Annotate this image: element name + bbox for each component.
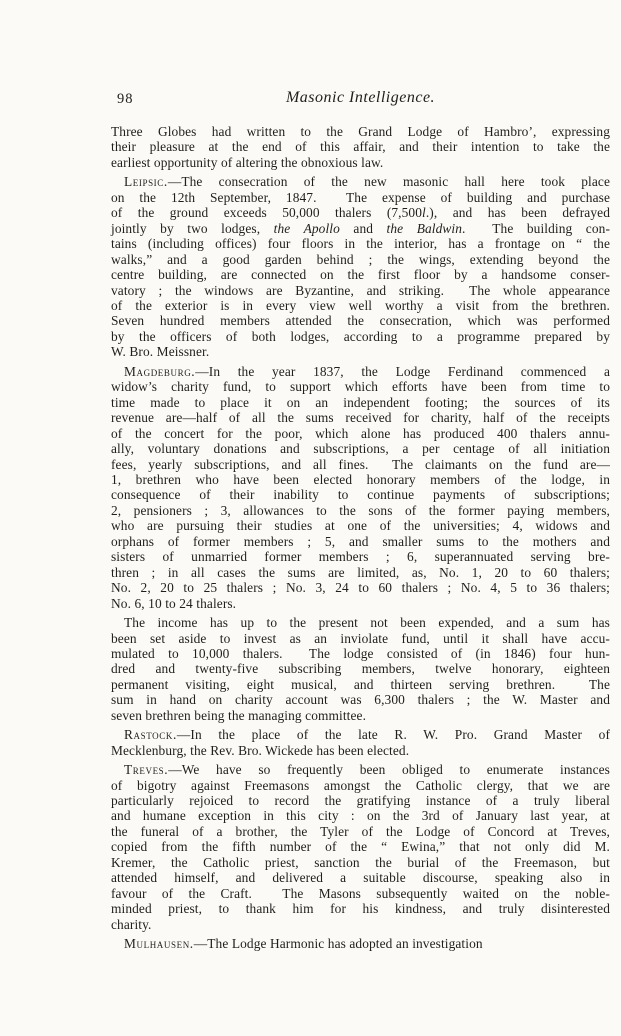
paragraph: Treves.—We have so frequently been oblig…	[111, 762, 610, 932]
text-line: of the concert for the poor, which alone…	[111, 426, 610, 441]
text-line: been set aside to invest as an inviolate…	[111, 631, 610, 646]
text-line: attended himself, and delivered a suitab…	[111, 870, 610, 885]
page: 98 Masonic Intelligence. Three Globes ha…	[0, 0, 621, 1036]
text-line: consequence of their inability to contin…	[111, 487, 610, 502]
text-line: copied from the fifth number of the “ Ew…	[111, 839, 610, 854]
paragraph: Mulhausen.—The Lodge Harmonic has adopte…	[111, 936, 610, 951]
text-line: particularly rejoiced to record the grat…	[111, 793, 610, 808]
text-line: and humane exception in this city : on t…	[111, 808, 610, 823]
text-line: centre building, are connected on the fi…	[111, 267, 610, 282]
paragraph: Magdeburg.—In the year 1837, the Lodge F…	[111, 364, 610, 611]
text-line: who are pursuing their studies at one of…	[111, 518, 610, 533]
page-header: 98 Masonic Intelligence.	[111, 89, 610, 109]
text-line: fees, yearly subscriptions, and all fine…	[111, 457, 610, 472]
text-line: their pleasure at the end of this affair…	[111, 139, 610, 154]
text-line: 2, pensioners ; 3, allowances to the son…	[111, 503, 610, 518]
text-line: orphans of former members ; 5, and small…	[111, 534, 610, 549]
text-line: charity.	[111, 917, 610, 932]
text-line: Mecklenburg, the Rev. Bro. Wickede has b…	[111, 743, 610, 758]
text-line: thren ; in all cases the sums are limite…	[111, 565, 610, 580]
paragraph: Leipsic.—The consecration of the new mas…	[111, 174, 610, 359]
text-line: of bigotry against Freemasons amongst th…	[111, 778, 610, 793]
text-line: Magdeburg.—In the year 1837, the Lodge F…	[111, 364, 610, 379]
text-line: Three Globes had written to the Grand Lo…	[111, 124, 610, 139]
text-line: Kremer, the Catholic priest, sanction th…	[111, 855, 610, 870]
text-line: of the ground exceeds 50,000 thalers (7,…	[111, 205, 610, 220]
text-line: jointly by two lodges, the Apollo and th…	[111, 221, 610, 236]
text-line: walks,” and a good garden behind ; the w…	[111, 252, 610, 267]
paragraph: The income has up to the present not bee…	[111, 615, 610, 723]
text-line: W. Bro. Meissner.	[111, 344, 610, 359]
text-line: seven brethren being the managing commit…	[111, 708, 610, 723]
text-line: Leipsic.—The consecration of the new mas…	[111, 174, 610, 189]
text-line: No. 2, 20 to 25 thalers ; No. 3, 24 to 6…	[111, 580, 610, 595]
text-body: Three Globes had written to the Grand Lo…	[111, 124, 610, 952]
text-line: time made to place it on an independent …	[111, 395, 610, 410]
text-line: tains (including offices) four floors in…	[111, 236, 610, 251]
text-line: minded priest, to thank him for his kind…	[111, 901, 610, 916]
paragraph: Three Globes had written to the Grand Lo…	[111, 124, 610, 170]
page-number: 98	[117, 91, 134, 108]
text-line: The income has up to the present not bee…	[111, 615, 610, 630]
text-line: permanent visiting, eight musical, and t…	[111, 677, 610, 692]
text-line: of the exterior is in every view well wo…	[111, 298, 610, 313]
text-line: No. 6, 10 to 24 thalers.	[111, 596, 610, 611]
text-line: widow’s charity fund, to support which e…	[111, 379, 610, 394]
text-line: mulated to 10,000 thalers. The lodge con…	[111, 646, 610, 661]
text-line: Rastock.—In the place of the late R. W. …	[111, 727, 610, 742]
text-line: Treves.—We have so frequently been oblig…	[111, 762, 610, 777]
text-line: dred and twenty-five subscribing members…	[111, 661, 610, 676]
text-line: earliest opportunity of altering the obn…	[111, 155, 610, 170]
text-line: favour of the Craft. The Masons subseque…	[111, 886, 610, 901]
text-line: Seven hundred members attended the conse…	[111, 313, 610, 328]
text-line: 1, brethren who have been elected honora…	[111, 472, 610, 487]
text-line: Mulhausen.—The Lodge Harmonic has adopte…	[111, 936, 610, 951]
text-line: revenue are—half of all the sums receive…	[111, 410, 610, 425]
paragraph: Rastock.—In the place of the late R. W. …	[111, 727, 610, 758]
text-line: by the officers of both lodges, accordin…	[111, 329, 610, 344]
text-line: ally, voluntary donations and subscripti…	[111, 441, 610, 456]
text-line: on the 12th September, 1847. The expense…	[111, 190, 610, 205]
text-line: the funeral of a brother, the Tyler of t…	[111, 824, 610, 839]
text-line: vatory ; the windows are Byzantine, and …	[111, 283, 610, 298]
text-line: sum in hand on charity account was 6,300…	[111, 692, 610, 707]
running-title: Masonic Intelligence.	[286, 89, 435, 107]
text-line: sisters of unmarried former members ; 6,…	[111, 549, 610, 564]
